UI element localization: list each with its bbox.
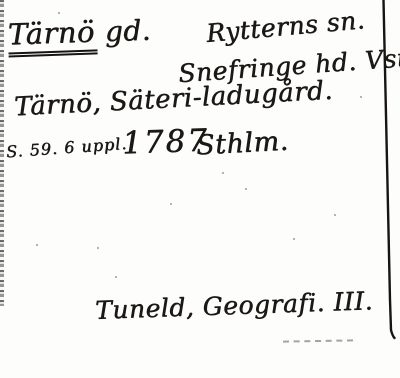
noise-speck — [115, 276, 117, 278]
faint-dashed-underline — [283, 339, 353, 342]
headword-place-name: Tärnö — [7, 17, 97, 57]
citation-page-edition: S. 59. 6 uppl. — [6, 136, 128, 160]
headword-line: Tärnögd. — [7, 16, 151, 58]
noise-speck — [360, 96, 362, 98]
parish-line: Rytterns sn. — [205, 7, 366, 46]
noise-speck — [334, 214, 336, 216]
headword-type-abbrev: gd. — [104, 17, 151, 47]
noise-speck — [97, 247, 99, 249]
noise-speck — [36, 244, 38, 246]
source-reference-line: Tuneld, Geografi. III. — [95, 288, 374, 323]
noise-speck — [293, 238, 295, 240]
citation-place: Sthlm. — [195, 128, 289, 160]
noise-speck — [222, 172, 224, 174]
scanned-card: Tärnögd. Rytterns sn. Snefringe hd. Vstm… — [0, 0, 400, 378]
entry-line: Tärnö, Säteri-ladugård. — [14, 78, 334, 121]
noise-speck — [245, 188, 247, 190]
scan-edge-artifact — [0, 0, 4, 306]
noise-speck — [58, 12, 60, 14]
noise-speck — [170, 203, 172, 205]
